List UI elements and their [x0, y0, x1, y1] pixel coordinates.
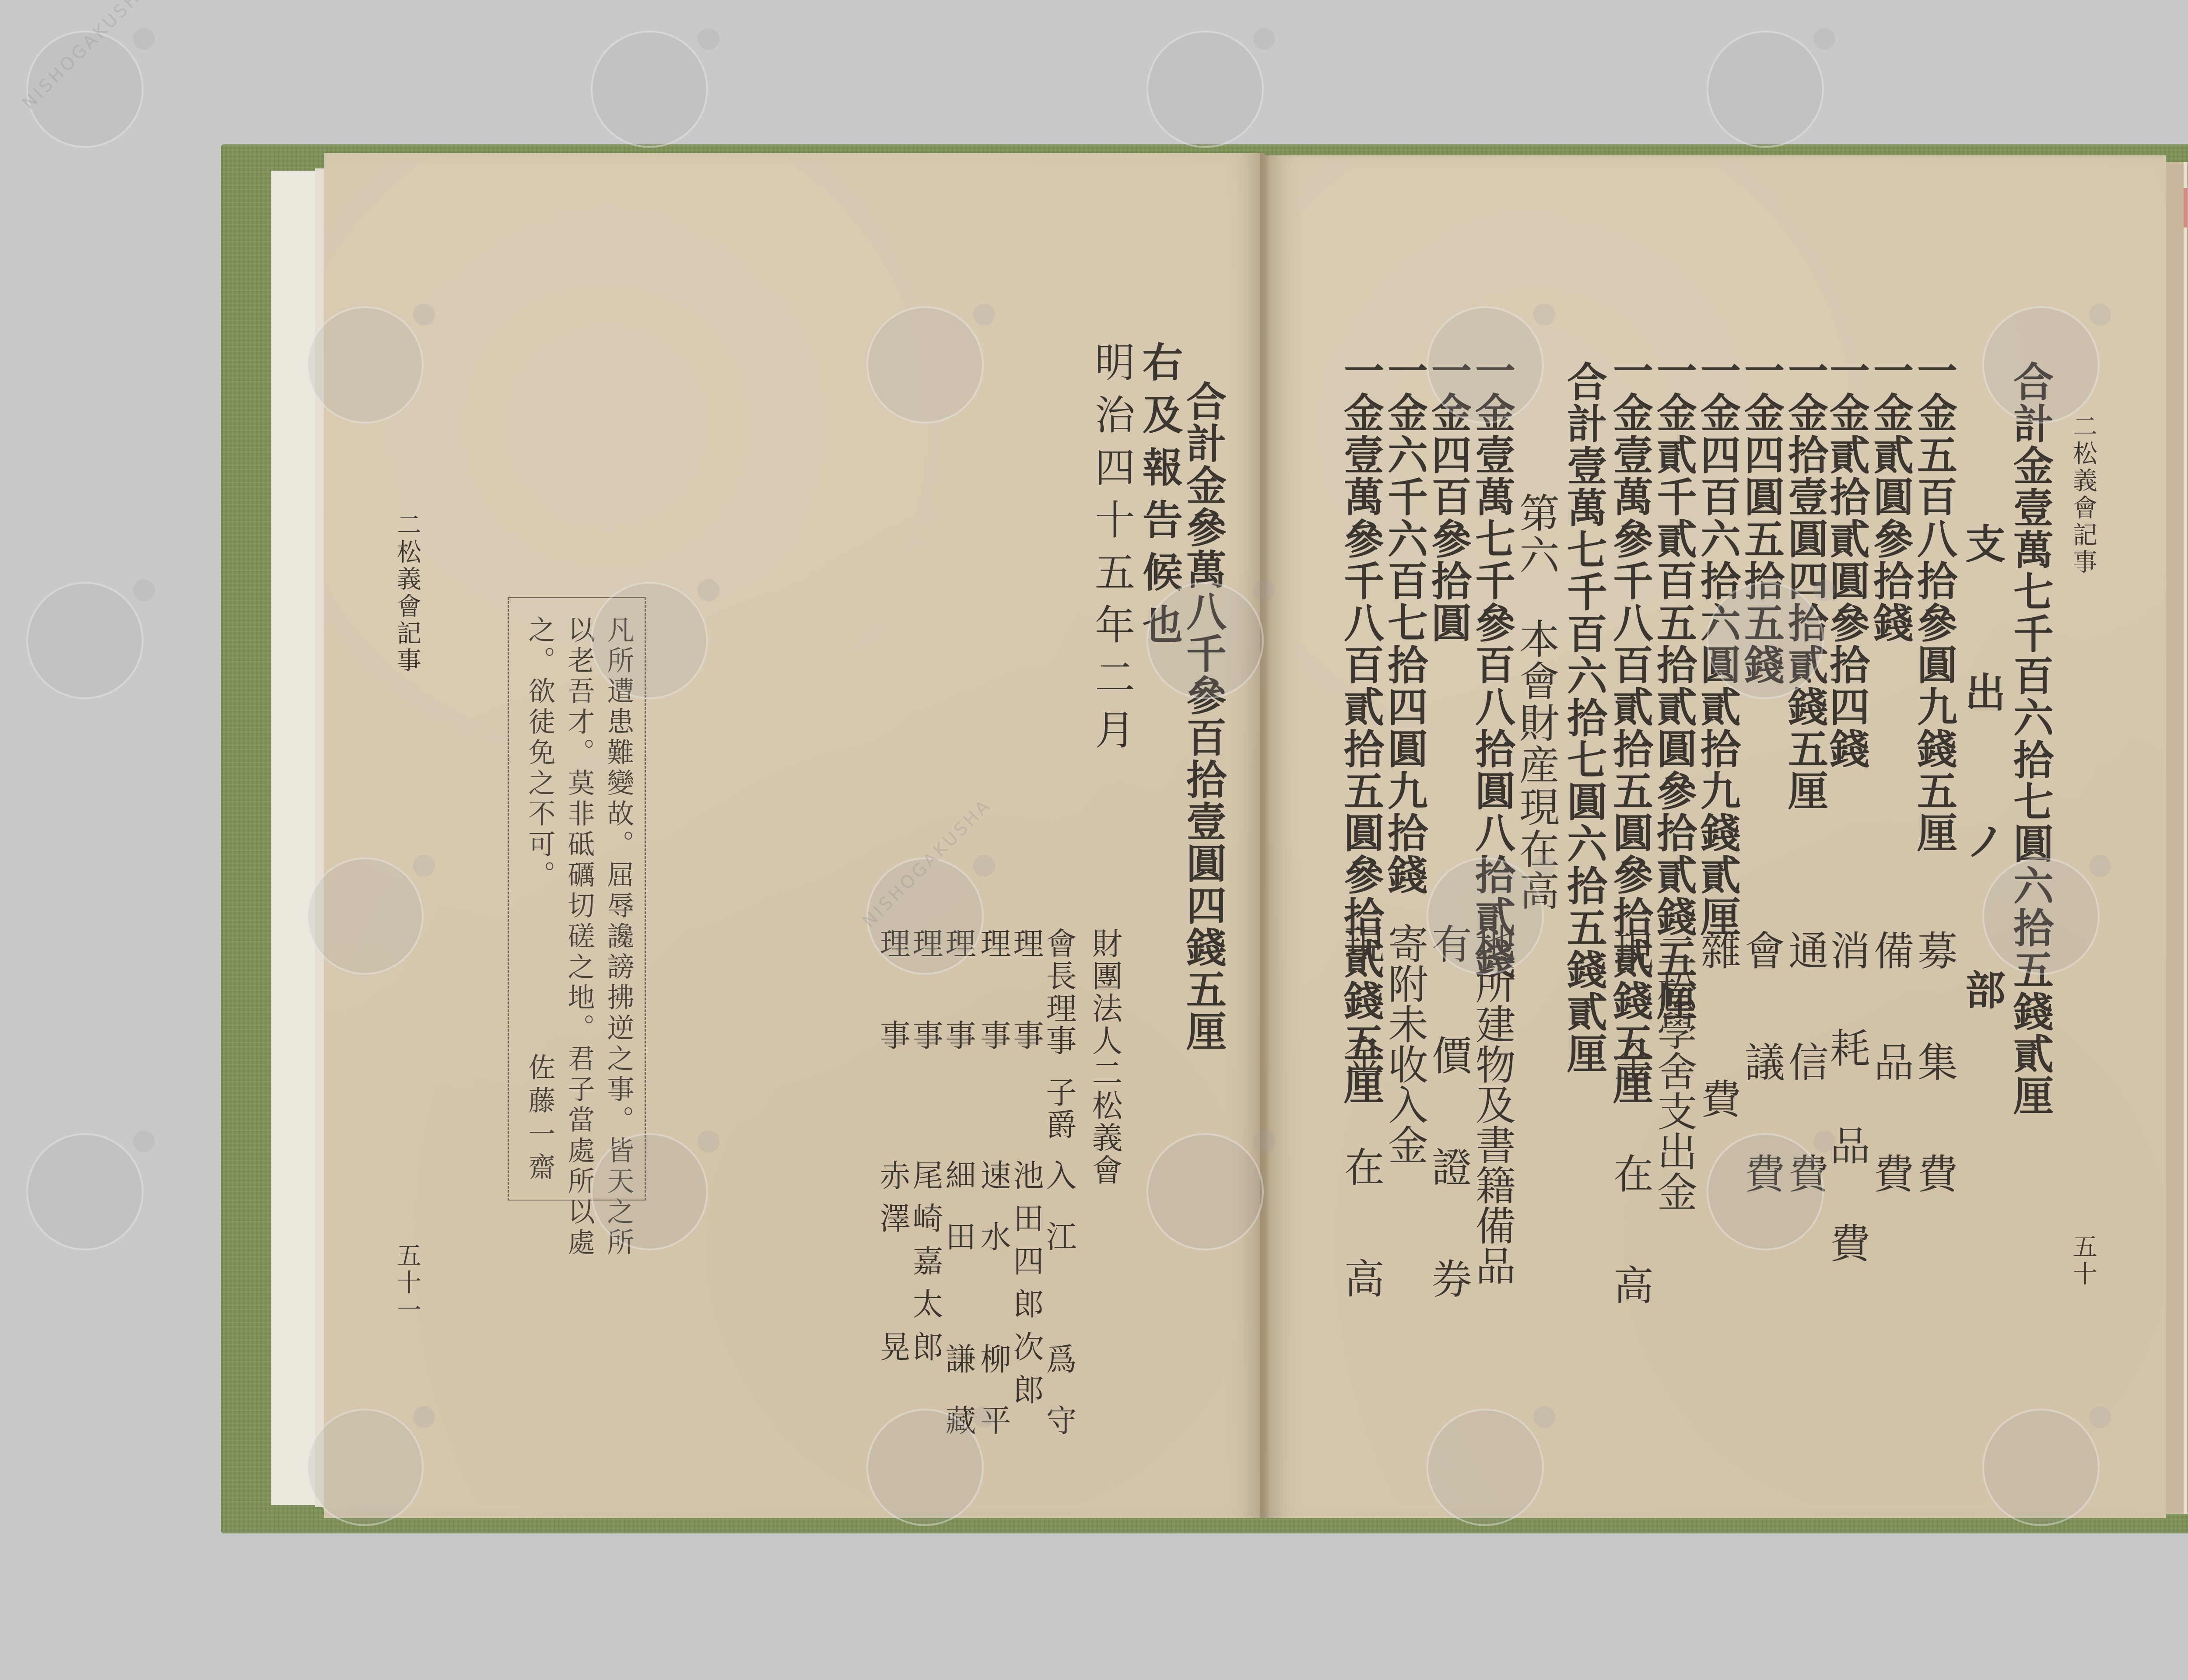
watermark-logo	[26, 1133, 144, 1250]
watermark-logo	[591, 582, 708, 699]
watermark-logo	[866, 306, 984, 423]
property-amount: 一金六千六百七拾四圓九拾錢	[1383, 350, 1427, 896]
property-label: 地所建物及書籍備品	[1470, 923, 1514, 1285]
officer-rank: 子爵	[1037, 1076, 1081, 1141]
watermark-logo	[1707, 582, 1824, 699]
watermark-logo	[591, 1133, 708, 1250]
expense-label: 現 金 在 高	[1608, 930, 1652, 1317]
page-edges	[2166, 162, 2188, 1514]
watermark-logo	[1982, 306, 2100, 423]
watermark-logo	[306, 1409, 424, 1526]
quote-line-3: 之。欲徒免之不可。	[522, 616, 557, 891]
expense-total: 合計壹萬七千百六拾七圓六拾五錢貳厘	[1562, 361, 1606, 1075]
watermark-logo	[1147, 31, 1264, 148]
expense-amount: 一金貳千貳百五拾貳圓參拾貳錢五厘	[1652, 350, 1696, 1022]
expense-label: 募 集 費	[1912, 930, 1956, 1205]
watermark-logo	[306, 857, 424, 975]
property-label: 有 價 證 券	[1427, 923, 1470, 1310]
expense-label: 二松學舍支出金	[1652, 930, 1696, 1211]
expense-label: 消 耗 品 費	[1825, 930, 1869, 1268]
watermark-logo	[1147, 582, 1264, 699]
expense-label: 備 品 費	[1869, 930, 1912, 1205]
expense-amount: 一金貳拾貳圓參拾四錢	[1825, 350, 1869, 770]
watermark-logo	[591, 31, 708, 148]
property-label: 現 金 在 高	[1339, 923, 1383, 1310]
watermark-logo	[1707, 1133, 1824, 1250]
edge-marker	[2184, 188, 2187, 227]
watermark-logo	[1427, 857, 1544, 975]
section-heading-expenses: 支 出 ノ 部	[1960, 523, 2004, 1040]
expense-label: 雜 費	[1696, 930, 1739, 1149]
expense-amount: 一金五百八拾參圓九錢五厘	[1912, 350, 1956, 854]
watermark-logo	[26, 582, 144, 699]
quote-author: 佐藤一齋	[522, 1053, 557, 1186]
property-label: 寄附未收入金	[1383, 923, 1427, 1165]
grand-total: 合計金參萬八千參百拾壹圓四錢五厘	[1182, 381, 1225, 1053]
section-heading-property: 第六 本會財産現在高	[1514, 492, 1558, 912]
watermark-logo	[1427, 306, 1544, 423]
running-head: 二松義會記事	[2070, 413, 2096, 576]
gutter	[1260, 153, 1269, 1518]
watermark-logo	[1707, 31, 1824, 148]
watermark-logo	[866, 1409, 984, 1526]
watermark-logo	[1427, 1409, 1544, 1526]
running-head: 二松義會記事	[394, 512, 420, 675]
watermark-logo	[1147, 1133, 1264, 1250]
expense-total-header: 合計金壹萬七千百六拾七圓六拾五錢貳厘	[2009, 361, 2052, 1117]
page-number: 五十	[2070, 1234, 2096, 1288]
page-number: 五十一	[394, 1242, 420, 1324]
watermark-logo	[306, 306, 424, 423]
watermark-logo	[1982, 857, 2100, 975]
left-page: 二松義會記事 五十一 凡所遭患難變故。屈辱讒謗拂逆之事。皆天之所 以老吾才。莫非…	[324, 153, 1265, 1518]
expense-amount: 一金貳圓參拾錢	[1869, 350, 1912, 644]
report-date: 明治四十五年二月	[1090, 341, 1133, 761]
organization-name: 財團法人二松義會	[1083, 927, 1127, 1186]
officer-name: 赤澤 晃	[871, 1159, 915, 1374]
watermark-logo	[1982, 1409, 2100, 1526]
quote-line-2: 以老吾才。莫非砥礪切磋之地。君子當處所以處	[561, 616, 596, 1259]
